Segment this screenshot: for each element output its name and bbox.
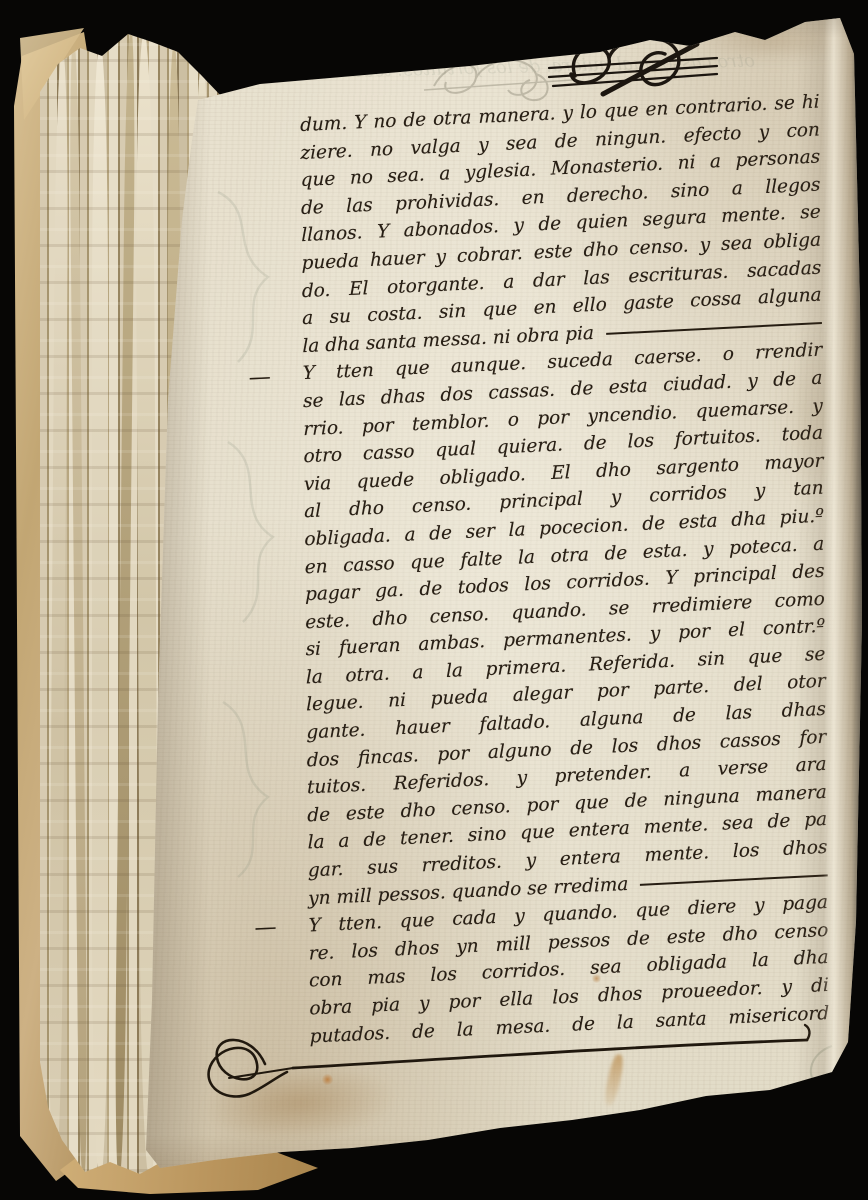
bleedthrough-flourish bbox=[788, 1040, 848, 1100]
paragraph-rule bbox=[606, 322, 822, 335]
paragraph: dum. Y no de otra manera. y lo que en co… bbox=[300, 88, 822, 360]
margin-paragraph-mark: — bbox=[254, 914, 276, 943]
paragraph-rule bbox=[640, 874, 827, 885]
manuscript-photo: 133 otro casso qual quiera. de los fortu… bbox=[0, 0, 868, 1200]
rubric-flourish bbox=[195, 1020, 845, 1120]
bleedthrough-marks bbox=[198, 182, 298, 882]
page-edge-strip bbox=[48, 48, 69, 1182]
page-edge-strip bbox=[92, 42, 108, 1182]
page-edge-strip bbox=[114, 28, 136, 1182]
paragraph: — Y tten que aunque. suceda caerse. o rr… bbox=[303, 337, 828, 913]
manuscript-text: dum. Y no de otra manera. y lo que en co… bbox=[300, 88, 829, 1050]
folio-number: 133 bbox=[224, 42, 297, 79]
page-edge-strip bbox=[69, 36, 88, 1182]
manuscript-page: 133 otro casso qual quiera. de los fortu… bbox=[140, 12, 862, 1180]
